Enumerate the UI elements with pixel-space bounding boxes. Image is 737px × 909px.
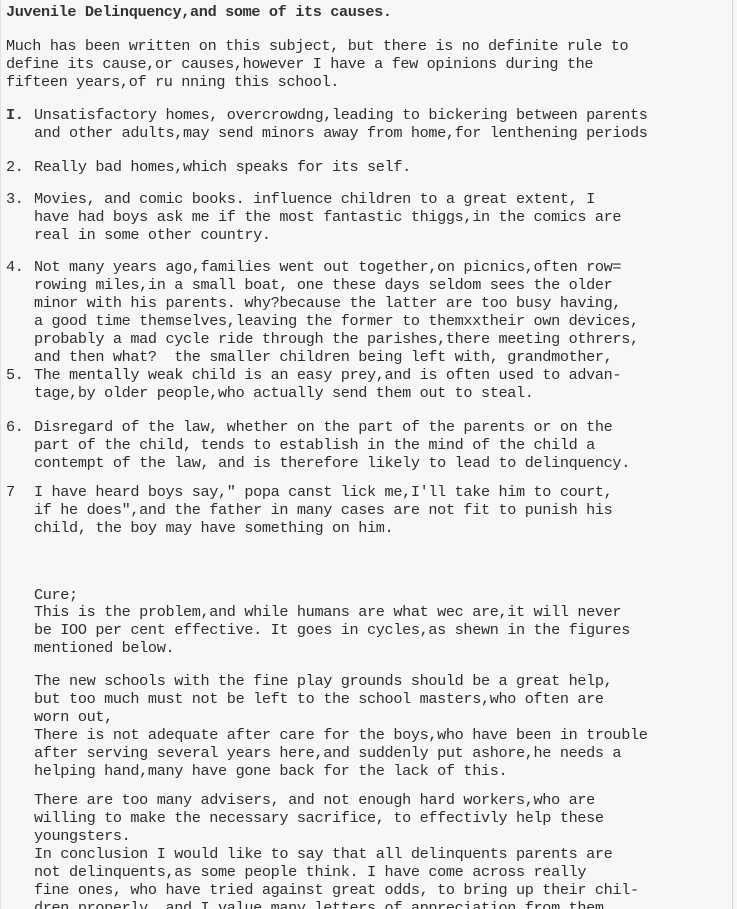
cure-line: be IOO per cent effective. It goes in cy… xyxy=(34,621,630,639)
cause-line: Disregard of the law, whether on the par… xyxy=(34,418,612,436)
cure-line: but too much must not be left to the sch… xyxy=(34,690,604,708)
cause-line: Unsatisfactory homes, overcrowdng,leadin… xyxy=(34,106,647,124)
cause-line: rowing miles,in a small boat, one these … xyxy=(34,276,612,294)
cure-line: fine ones, who have tried against great … xyxy=(34,881,639,899)
cause-line: have had boys ask me if the most fantast… xyxy=(34,208,621,226)
cause-line: I have heard boys say," popa canst lick … xyxy=(34,483,612,501)
cause-line: The mentally weak child is an easy prey,… xyxy=(34,366,621,384)
typewritten-page: Juvenile Delinquency,and some of its cau… xyxy=(0,0,737,909)
page-left-edge xyxy=(0,0,1,909)
cure-line: mentioned below. xyxy=(34,639,174,657)
cure-line: willing to make the necessary sacrifice,… xyxy=(34,809,604,827)
cause-line: child, the boy may have something on him… xyxy=(34,519,393,537)
cure-line: dren properly, and I value many letters … xyxy=(34,899,612,909)
cause-line: and other adults,may send minors away fr… xyxy=(34,124,647,142)
cause-number: 7 xyxy=(6,483,15,501)
cure-line: There is not adequate after care for the… xyxy=(34,726,647,744)
document-title: Juvenile Delinquency,and some of its cau… xyxy=(6,3,392,21)
cure-line: In conclusion I would like to say that a… xyxy=(34,845,612,863)
cause-line: minor with his parents. why?because the … xyxy=(34,294,621,312)
cause-number: 4. xyxy=(6,258,24,276)
cause-number: I. xyxy=(6,106,24,124)
cause-line: a good time themselves,leaving the forme… xyxy=(34,312,639,330)
intro-line: Much has been written on this subject, b… xyxy=(6,37,628,55)
cure-line: This is the problem,and while humans are… xyxy=(34,603,621,621)
cause-line: and then what? the smaller children bein… xyxy=(34,348,612,366)
cause-line: probably a mad cycle ride through the pa… xyxy=(34,330,639,348)
page-right-edge xyxy=(732,0,733,909)
cure-line: helping hand,many have gone back for the… xyxy=(34,762,507,780)
cause-line: contempt of the law, and is therefore li… xyxy=(34,454,630,472)
cure-line: worn out, xyxy=(34,708,113,726)
cause-line: real in some other country. xyxy=(34,226,271,244)
cure-line: after serving several years here,and sud… xyxy=(34,744,621,762)
cause-line: part of the child, tends to establish in… xyxy=(34,436,595,454)
intro-line: define its cause,or causes,however I hav… xyxy=(6,55,593,73)
intro-line: fifteen years,of ru nning this school. xyxy=(6,73,339,91)
cause-line: Movies, and comic books. influence child… xyxy=(34,190,595,208)
cause-number: 6. xyxy=(6,418,24,436)
cause-line: if he does",and the father in many cases… xyxy=(34,501,612,519)
cure-line: There are too many advisers, and not eno… xyxy=(34,791,595,809)
cause-line: Not many years ago,families went out tog… xyxy=(34,258,621,276)
cure-line: youngsters. xyxy=(34,827,130,845)
cause-number: 2. xyxy=(6,158,24,176)
cause-line: Really bad homes,which speaks for its se… xyxy=(34,158,411,176)
cure-line: not delinquents,as some people think. I … xyxy=(34,863,586,881)
cause-number: 5. xyxy=(6,366,24,384)
cause-line: tage,by older people,who actually send t… xyxy=(34,384,534,402)
cure-heading: Cure; xyxy=(34,586,78,604)
cure-line: The new schools with the fine play groun… xyxy=(34,672,612,690)
cause-number: 3. xyxy=(6,190,24,208)
